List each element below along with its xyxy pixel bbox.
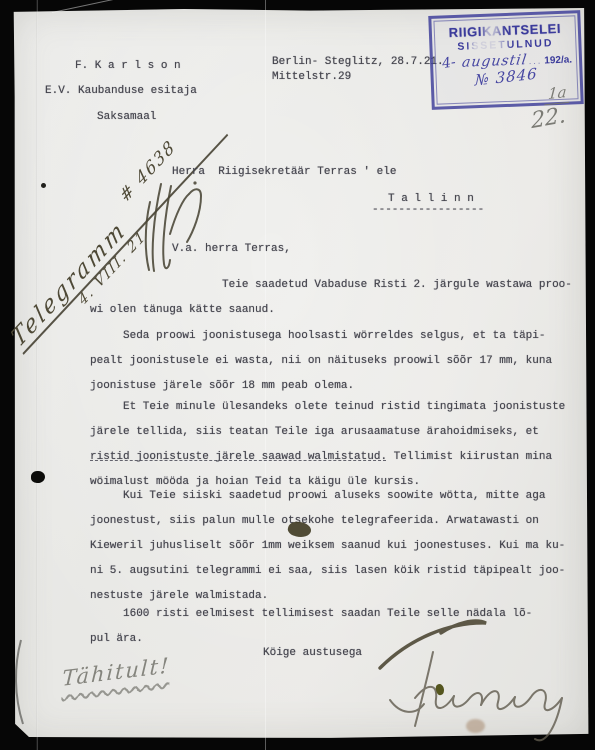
small-ink-dot [41, 183, 46, 188]
typed-underline-emphasis [90, 458, 386, 461]
corner-curl-mark [13, 638, 33, 728]
bottom-pencil-note: Tähitult! [62, 653, 171, 691]
paragraph-1: Teie saadetud Vabaduse Risti 2. järgule … [90, 273, 570, 323]
salutation: V.a. herra Terras, [172, 237, 291, 262]
hole-punch-mark [31, 471, 45, 483]
dateline-place-date: Berlin- Steglitz, 28.7.21. [272, 55, 444, 70]
letterhead-role: E.V. Kaubanduse esitaja [45, 79, 197, 104]
paragraph-3: Et Teie minule ülesandeks olete teinud r… [90, 395, 570, 495]
paragraph-2: Seda proowi joonistusega hoolsasti wörre… [90, 324, 570, 399]
paragraph-4: Kui Teie siiski saadetud proowi aluseks … [90, 484, 570, 609]
letterhead-country: Saksamaal [97, 105, 156, 130]
paper-stain [466, 719, 485, 733]
stamp-year-fragment: 192/a. [544, 54, 572, 66]
letter-content: F. K a r l s o n E.V. Kaubanduse esitaja… [0, 0, 595, 750]
margin-mark-1a: 1a [544, 83, 570, 106]
letterhead-name: F. K a r l s o n [75, 54, 181, 79]
recipient-city-underline: ----------------- [372, 198, 484, 223]
recipient-line: Herra Riigisekretäär Terras ' ele [172, 160, 396, 185]
stamp-handwritten-day: 4- [441, 54, 457, 72]
margin-mark-22: 22. [531, 103, 566, 134]
karlson-signature [338, 596, 588, 750]
dateline-street: Mittelstr.29 [272, 70, 351, 85]
